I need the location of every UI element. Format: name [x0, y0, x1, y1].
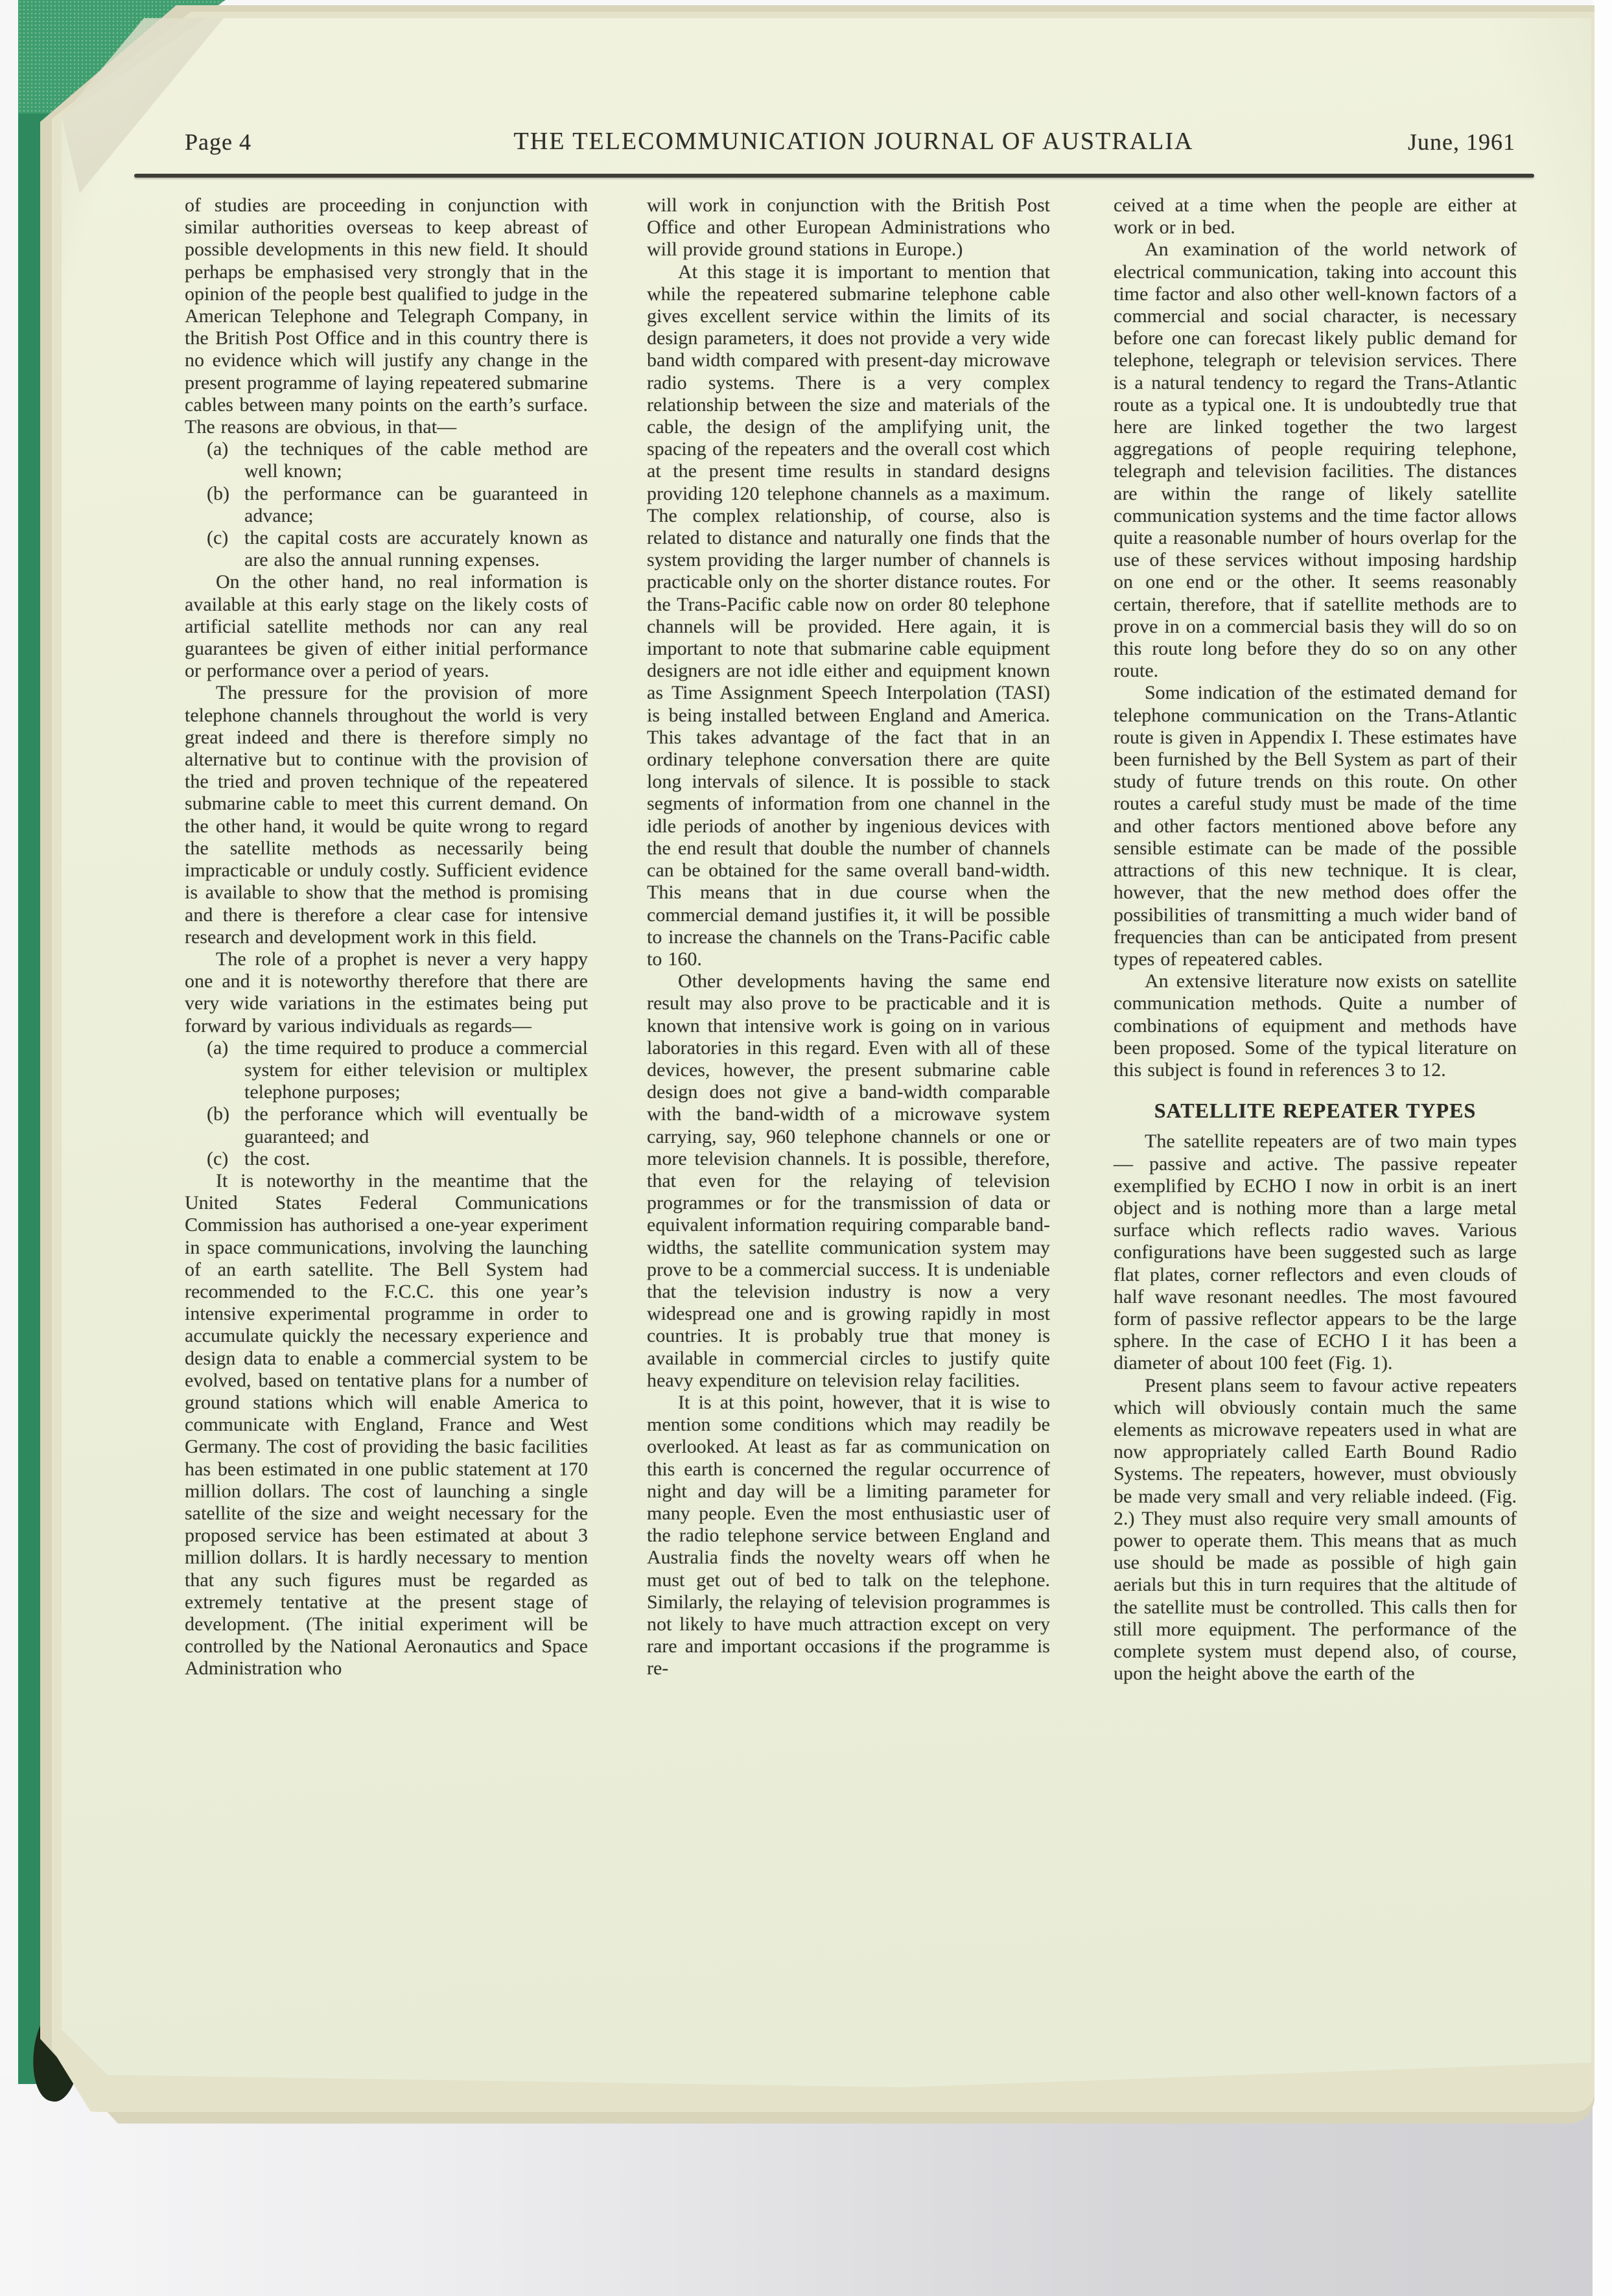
paragraph: Present plans seem to favour active repe… — [1114, 1375, 1517, 1685]
paragraph: An examination of the world network of e… — [1114, 239, 1517, 682]
section-heading-satellite-repeater-types: SATELLITE REPEATER TYPES — [1114, 1099, 1517, 1121]
list-item: (b)the performance can be guaranteed in … — [185, 483, 588, 527]
journal-title: THE TELECOMMUNICATION JOURNAL OF AUSTRAL… — [514, 127, 1194, 156]
journal-page: Page 4 THE TELECOMMUNICATION JOURNAL OF … — [62, 18, 1591, 2087]
paragraph: The role of a prophet is never a very ha… — [185, 948, 588, 1037]
list-item-label: (c) — [207, 1148, 228, 1170]
list-item-label: (a) — [207, 1037, 228, 1059]
scan-edge-strip — [1593, 0, 1612, 2296]
page-number: Page 4 — [185, 128, 251, 156]
list-item-label: (b) — [207, 1103, 229, 1125]
text-column-1: of studies are proceeding in conjunction… — [185, 194, 588, 1680]
paragraph: It is noteworthy in the meantime that th… — [185, 1170, 588, 1680]
list-item-label: (a) — [207, 438, 228, 460]
list-item: (a)the time required to produce a commer… — [185, 1037, 588, 1104]
header-rule — [134, 174, 1534, 178]
text-column-3: ceived at a time when the people are eit… — [1114, 194, 1517, 1685]
paragraph: ceived at a time when the people are eit… — [1114, 194, 1517, 239]
list-item-text: the perforance which will eventually be … — [244, 1103, 588, 1147]
paragraph: It is at this point, however, that it is… — [647, 1392, 1050, 1680]
paragraph: At this stage it is important to mention… — [647, 261, 1050, 971]
paragraph: On the other hand, no real information i… — [185, 571, 588, 682]
list-item-text: the time required to produce a commercia… — [244, 1037, 588, 1103]
list-item: (a)the techniques of the cable method ar… — [185, 438, 588, 482]
paragraph: The satellite repeaters are of two main … — [1114, 1130, 1517, 1374]
list-item-label: (c) — [207, 527, 228, 549]
paragraph: will work in conjunction with the Britis… — [647, 194, 1050, 261]
paragraph: The pressure for the provision of more t… — [185, 682, 588, 948]
list-item-text: the capital costs are accurately known a… — [244, 527, 588, 570]
issue-date: June, 1961 — [1408, 128, 1515, 156]
list-item: (c)the capital costs are accurately know… — [185, 527, 588, 571]
paragraph: Some indication of the estimated demand … — [1114, 682, 1517, 970]
paragraph: Other developments having the same end r… — [647, 970, 1050, 1392]
list-item-text: the performance can be guaranteed in adv… — [244, 483, 588, 526]
paragraph: of studies are proceeding in conjunction… — [185, 194, 588, 438]
list-item-text: the cost. — [244, 1148, 310, 1169]
paragraph: An extensive literature now exists on sa… — [1114, 970, 1517, 1081]
list-item-text: the techniques of the cable method are w… — [244, 438, 588, 482]
list-item: (c)the cost. — [185, 1148, 588, 1170]
list-item: (b)the perforance which will eventually … — [185, 1103, 588, 1147]
list-item-label: (b) — [207, 483, 229, 505]
scanned-journal-page: Page 4 THE TELECOMMUNICATION JOURNAL OF … — [0, 0, 1612, 2296]
text-column-2: will work in conjunction with the Britis… — [647, 194, 1050, 1680]
